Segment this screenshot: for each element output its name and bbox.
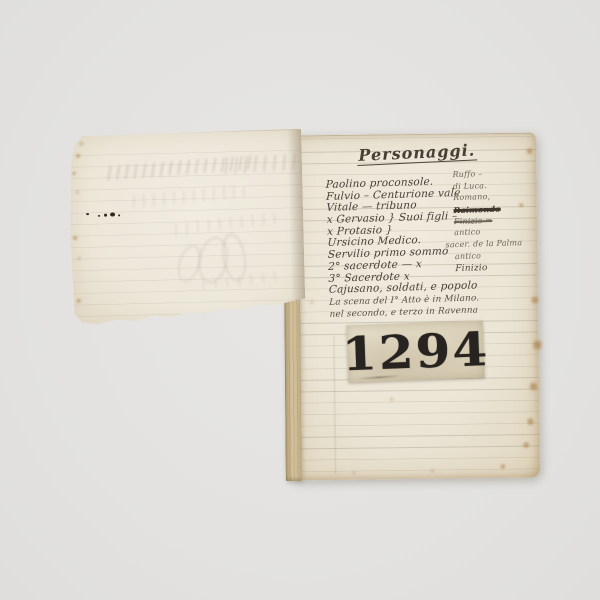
notebook-left-page-torn — [68, 129, 306, 330]
cast-annotation: antico — [455, 251, 481, 261]
foxing-spot — [526, 148, 533, 155]
foxing-spot — [523, 442, 530, 449]
cast-annotation: di Luca. — [453, 181, 487, 191]
rust-spot — [72, 171, 76, 175]
cast-annotation: sacer. de la Palma — [445, 238, 522, 249]
rust-spot — [76, 298, 81, 303]
foxing-spot — [519, 203, 524, 208]
cast-annotation-struck: Raimondo — [453, 204, 500, 215]
ink-speck — [118, 214, 120, 216]
page-title: Personaggi. — [356, 140, 477, 166]
notebook-spine-edge — [284, 298, 302, 481]
foxing-spot — [310, 300, 314, 304]
ink-speck — [104, 214, 107, 217]
rust-spot — [77, 256, 81, 260]
foxing-spot — [529, 382, 538, 392]
rust-spot — [75, 190, 79, 194]
rust-spot — [73, 235, 78, 240]
ink-speck — [86, 213, 89, 215]
foxing-spot — [389, 397, 394, 401]
foxing-spot — [352, 471, 356, 475]
rust-spot — [76, 153, 81, 158]
photo-of-manuscript: Personaggi. Paolino proconsole. Ruffo – … — [0, 0, 600, 600]
pasted-number-label: 1294 — [347, 321, 485, 383]
cast-annotation: Finizio — [455, 263, 488, 274]
cast-annotation-struck: Finizio = — [454, 216, 493, 226]
cast-annotation: Ruffo – — [452, 169, 482, 179]
foxing-spot — [430, 469, 435, 473]
cast-annotation: antico — [454, 228, 480, 238]
ink-speck — [98, 215, 100, 217]
cast-annotation: Romano, — [453, 192, 490, 202]
handwritten-cast-list: Personaggi. Paolino proconsole. Ruffo – … — [325, 140, 536, 314]
notebook-right-page: Personaggi. Paolino proconsole. Ruffo – … — [290, 133, 540, 481]
catalog-number: 1294 — [341, 326, 490, 377]
foxing-spot — [526, 418, 534, 426]
foxing-spot — [531, 295, 539, 304]
foxing-spot — [500, 464, 506, 469]
cast-list-rows: Paolino proconsole. Ruffo – Fulvio – Cen… — [325, 167, 535, 314]
foxing-spot — [532, 338, 542, 351]
